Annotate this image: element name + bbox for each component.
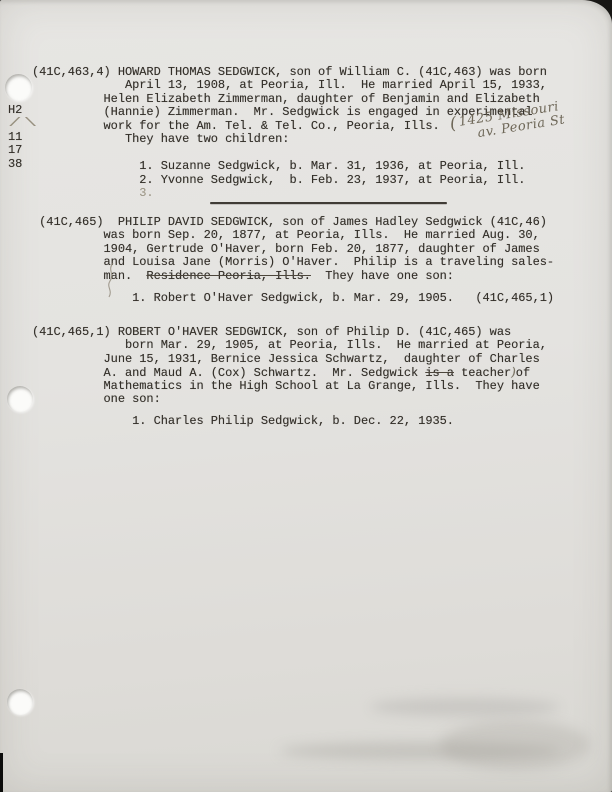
typed-line: (41C,465,1) ROBERT O'HAVER SEDGWICK, son…	[32, 326, 547, 339]
section-divider	[210, 202, 447, 204]
typed-line: June 15, 1931, Bernice Jessica Schwartz,…	[32, 353, 547, 366]
margin-code: H2	[8, 104, 24, 117]
strikethrough-text: Residence Peoria, Ills.	[146, 269, 310, 283]
typed-line: (41C,463,4) HOWARD THOMAS SEDGWICK, son …	[32, 66, 547, 79]
child-list-item: 2. Yvonne Sedgwick, b. Feb. 23, 1937, at…	[32, 174, 547, 187]
watermark-smudge	[370, 698, 560, 716]
genealogy-entry-robert: (41C,465,1) ROBERT O'HAVER SEDGWICK, son…	[32, 326, 547, 429]
typed-line: (41C,465) PHILIP DAVID SEDGWICK, son of …	[32, 216, 554, 229]
blank-space	[32, 146, 547, 160]
typed-line: Mathematics in the High School at La Gra…	[32, 380, 547, 393]
margin-annotations: H2 /\ 11 17 38	[8, 104, 24, 171]
margin-number: 38	[8, 158, 24, 171]
typed-line: born Mar. 29, 1905, at Peoria, Ills. He …	[32, 339, 547, 352]
margin-number: 17	[8, 144, 24, 157]
pencil-list-number: 3.	[32, 187, 547, 200]
pencil-squiggle-mark	[103, 262, 119, 298]
punch-hole-bottom	[7, 689, 33, 715]
child-list-item: 1. Suzanne Sedgwick, b. Mar. 31, 1936, a…	[32, 160, 547, 173]
typed-line: 1904, Gertrude O'Haver, born Feb. 20, 18…	[32, 243, 554, 256]
typed-line-with-strikethrough: A. and Maud A. (Cox) Schwartz. Mr. Sedgw…	[32, 366, 547, 379]
typed-line: one son:	[32, 393, 547, 406]
typed-line: was born Sep. 20, 1877, at Peoria, Ills.…	[32, 229, 554, 242]
typed-line: Helen Elizabeth Zimmerman, daughter of B…	[32, 93, 547, 106]
punch-hole-top	[5, 74, 32, 101]
margin-number: 11	[8, 131, 24, 144]
typed-line: April 13, 1908, at Peoria, Ill. He marri…	[32, 79, 547, 92]
child-list-item: 1. Charles Philip Sedgwick, b. Dec. 22, …	[32, 415, 547, 428]
paper-stain	[440, 720, 590, 770]
page-edge-mark	[0, 753, 3, 792]
punch-hole-middle	[7, 386, 33, 412]
